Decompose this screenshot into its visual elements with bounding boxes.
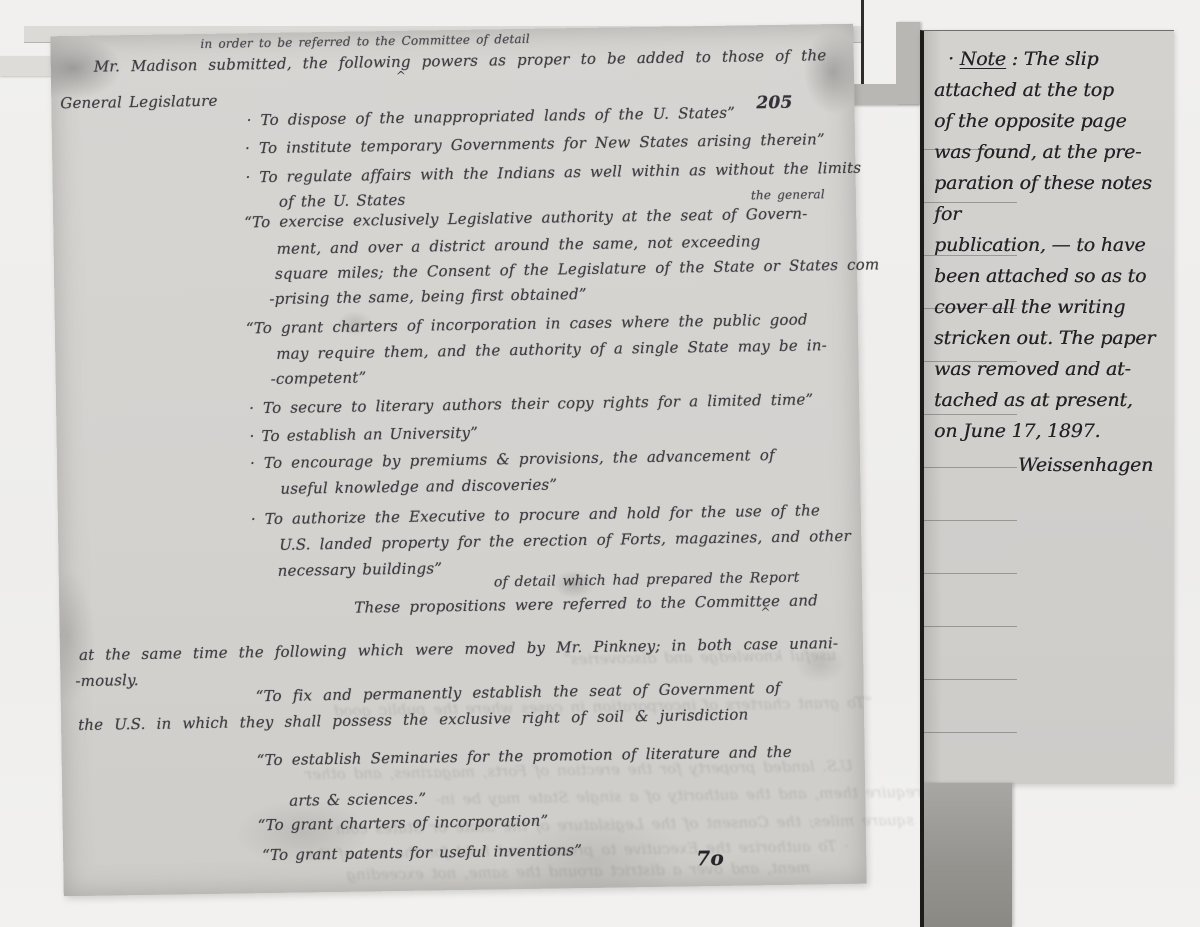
manuscript-interline: of detail which had prepared the Report [494, 570, 800, 591]
bleed-through-text: may require them, and the authority of a… [435, 782, 961, 808]
manuscript-line: -mously. [75, 671, 139, 690]
slip-line: publication, — to have [934, 230, 1168, 261]
crease-line [861, 0, 864, 84]
mount-corner-vertical [896, 22, 920, 104]
manuscript-line: useful knowledge and discoveries” [280, 475, 557, 497]
backing-sheet-tab [0, 56, 58, 76]
slip-line: · Note : The slip [934, 44, 1168, 75]
manuscript-line: may require them, and the authority of a… [276, 336, 827, 363]
manuscript-line: “To grant charters of incorporation in c… [246, 310, 808, 337]
slip-line: was removed and at- [934, 354, 1168, 385]
manuscript-line: · To secure to literary authors their co… [249, 390, 813, 417]
page-number: 205 [756, 93, 792, 114]
slip-note-rest: : The slip [1006, 48, 1099, 70]
slip-line: stricken out. The paper [934, 323, 1168, 354]
manuscript-line: · To establish an University” [249, 424, 478, 446]
slip-note-label: Note [960, 48, 1006, 70]
manuscript-line: · To dispose of the unappropriated lands… [246, 104, 735, 130]
caret-mark: ^ [396, 69, 406, 83]
manuscript-line: · To authorize the Executive to procure … [251, 501, 820, 528]
manuscript-line: -competent” [271, 368, 367, 388]
slip-line: was found, at the pre- [934, 137, 1168, 168]
scanned-document-background: in order to be referred to the Committee… [0, 0, 1200, 927]
slip-text-block: · Note : The slip attached at the top of… [934, 44, 1168, 481]
archival-note-slip: · Note : The slip attached at the top of… [920, 30, 1174, 784]
manuscript-interline: in order to be referred to the Committee… [200, 32, 530, 51]
manuscript-line: · To regulate affairs with the Indians a… [245, 159, 861, 187]
bleed-through-text: useful knowledge and discoveries” [563, 646, 836, 668]
backing-strip [920, 783, 1012, 927]
slip-line: on June 17, 1897. [934, 416, 1168, 447]
slip-line: been attached so as to [934, 261, 1168, 292]
manuscript-line: of the U. States [279, 191, 406, 211]
slip-signature: Weissenhagen [1018, 450, 1168, 481]
manuscript-line: U.S. landed property for the erection of… [279, 527, 851, 554]
manuscript-line: · To encourage by premiums & provisions,… [250, 446, 775, 472]
manuscript-page: in order to be referred to the Committee… [50, 24, 866, 897]
slip-bullet: · [948, 48, 960, 70]
manuscript-line: square miles; the Consent of the Legisla… [275, 255, 880, 282]
manuscript-line: arts & sciences.” [289, 790, 426, 810]
caret-mark: ^ [760, 605, 770, 619]
manuscript-interline: the general [751, 187, 825, 202]
slip-line: attached at the top [934, 75, 1168, 106]
manuscript-line: -prising the same, being first obtained” [269, 285, 587, 308]
slip-line: paration of these notes for [934, 168, 1168, 230]
manuscript-line: ment, and over a district around the sam… [277, 232, 761, 258]
manuscript-line: necessary buildings” [278, 559, 443, 580]
manuscript-line: These propositions were referred to the … [354, 591, 818, 616]
manuscript-line: · To institute temporary Governments for… [245, 130, 825, 157]
slip-line: cover all the writing [934, 292, 1168, 323]
slip-line: of the opposite page [934, 106, 1168, 137]
manuscript-line: General Legislature [60, 92, 218, 112]
slip-line: tached as at present, [934, 385, 1168, 416]
bleed-through-text: ment, and over a district around the sam… [346, 859, 810, 884]
